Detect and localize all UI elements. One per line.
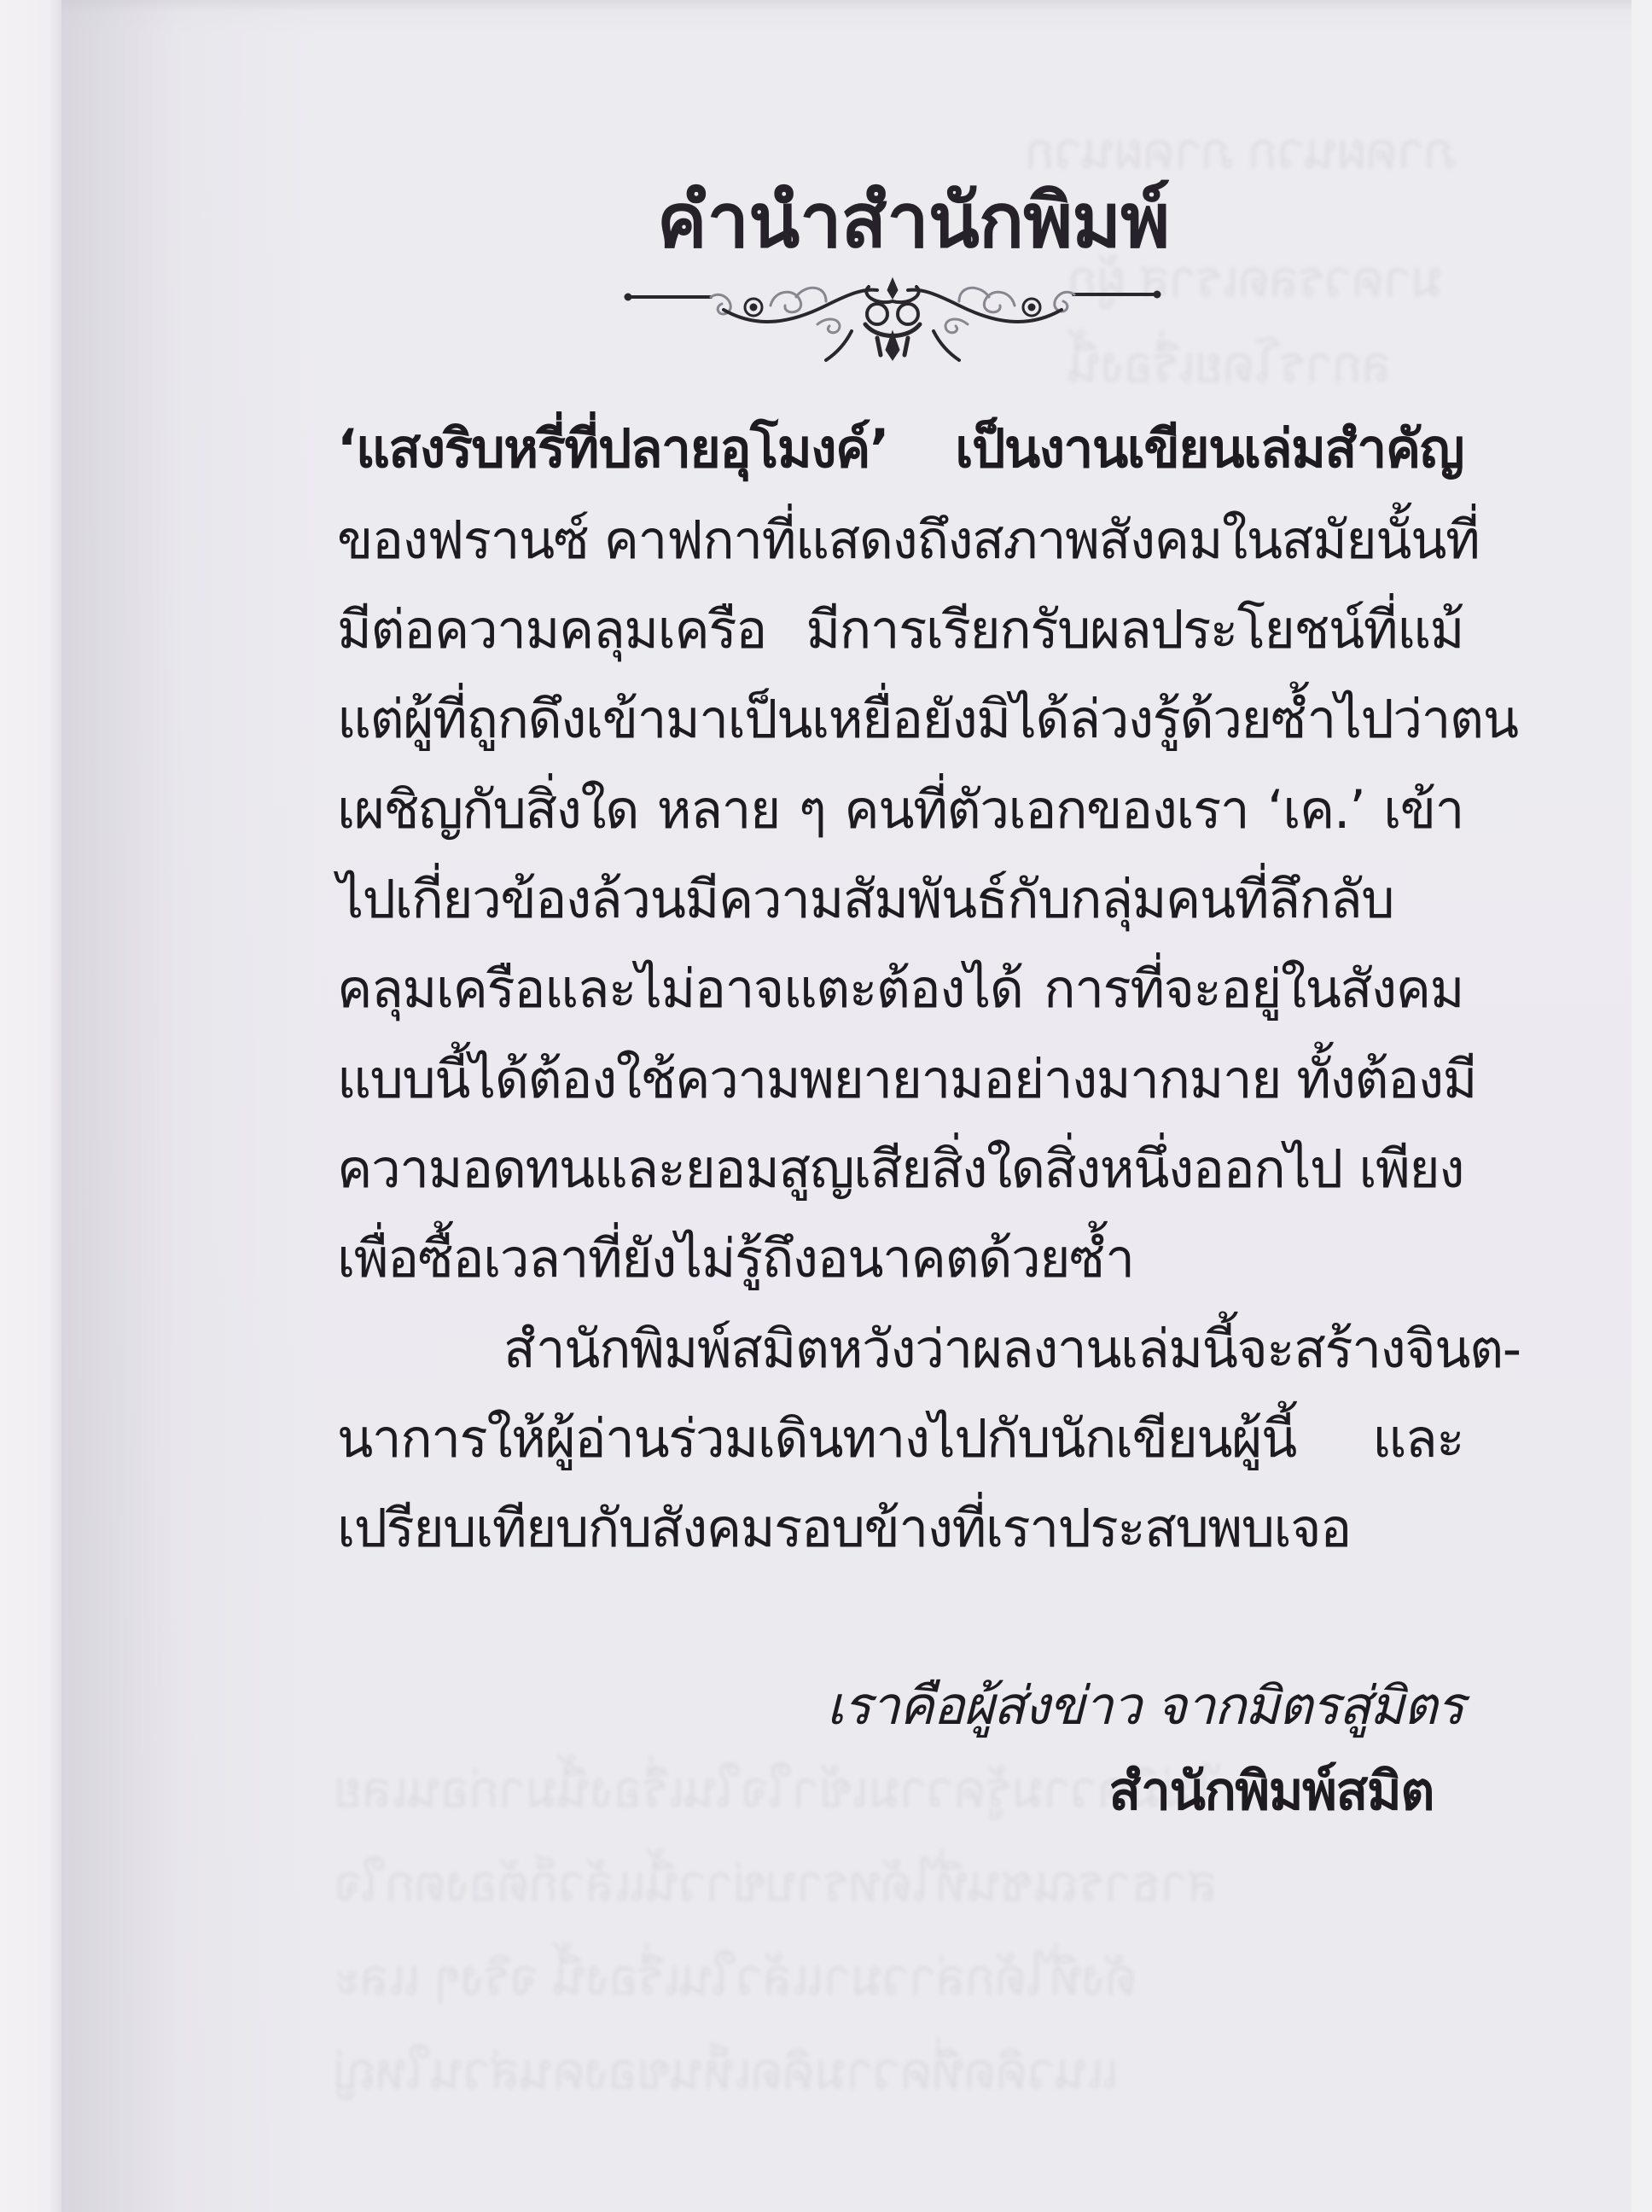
text-line: เผชิญกับสิ่งใด หลาย ๆ คนที่ตัวเอกของเรา … <box>337 783 1463 836</box>
adjacent-page-edge <box>0 0 61 2212</box>
page-edge-right <box>1632 0 1652 2212</box>
text-line: ‘แสงริบหรี่ที่ปลายอุโมงค์’ เป็นงานเขียนเ… <box>337 422 1463 475</box>
text-line: ของฟรานซ์ คาฟกาที่แสดงถึงสภาพสังคมในสมัย… <box>337 514 1463 567</box>
text-line: เปรียบเทียบกับสังคมรอบข้างที่เราประสบพบเ… <box>337 1502 1351 1555</box>
text-line: นาการให้ผู้อ่านร่วมเดินทางไปกับนักเขียนผ… <box>337 1412 1463 1465</box>
text-line: มีต่อความคลุมเครือ มีการเรียกรับผลประโยช… <box>337 603 1463 656</box>
text-line: แบบนี้ได้ต้องใช้ความพยายามอย่างมากมาย ทั… <box>337 1053 1463 1106</box>
publisher-signature: สำนักพิมพ์สมิต <box>751 1765 1434 1818</box>
page-title: คำนำสำนักพิมพ์ <box>623 160 1203 280</box>
text-line: แต่ผู้ที่ถูกดึงเข้ามาเป็นเหยื่อยังมิได้ล… <box>337 693 1463 746</box>
text-line: ความอดทนและยอมสูญเสียสิ่งใดสิ่งหนึ่งออกไ… <box>337 1143 1463 1196</box>
text-line: คลุมเครือและไม่อาจแตะต้องได้ การที่จะอยู… <box>337 963 1463 1016</box>
publisher-motto: เราคือผู้ส่งข่าว จากมิตรสู่มิตร <box>751 1679 1463 1732</box>
show-through-text: ดังที่ได้กล่าวมาแล้วในเรื่องนี้ จริงๆ แล… <box>334 1937 1137 2017</box>
ornamental-divider-icon <box>621 271 1164 365</box>
show-through-text: แนวคิดที่ความคิดเห็นของคนส่วนใหญ่ <box>334 2031 1119 2110</box>
text-line: เพื่อซื้อเวลาที่ยังไม่รู้ถึงอนาคตด้วยซ้ำ <box>337 1232 1134 1285</box>
text-line: สำนักพิมพ์สมิตหวังว่าผลงานเล่มนี้จะสร้าง… <box>503 1323 1463 1376</box>
show-through-text: สาธารณชนที่ได้ทราบข่าวนี้แล้วก็ต้องตกใจ <box>334 1843 1218 1923</box>
text-line: ไปเกี่ยวข้องล้วนมีความสัมพันธ์กับกลุ่มคน… <box>337 873 1463 926</box>
